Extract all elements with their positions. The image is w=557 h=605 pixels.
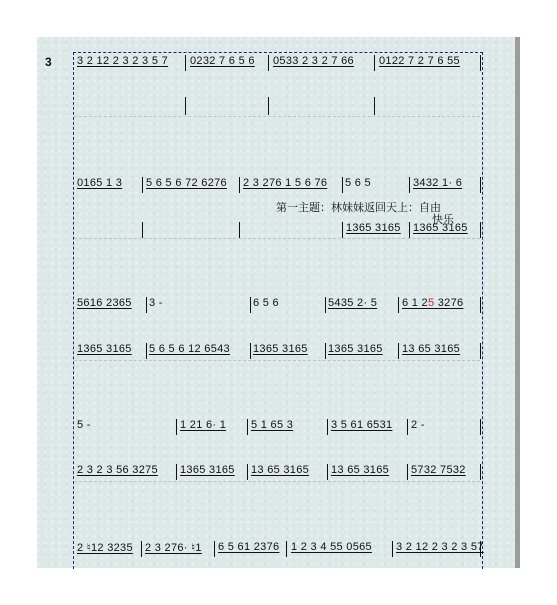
line-number: 3 — [45, 55, 52, 69]
measure: 1365 3165 — [180, 464, 235, 476]
measure: 5 6 5 6 72 6276 — [146, 177, 227, 189]
barline — [176, 464, 177, 480]
barline — [239, 177, 240, 193]
panel-shadow — [515, 37, 520, 568]
measure: 1 21 6· 1 — [180, 419, 226, 431]
measure: 6 1 25 3276 — [402, 297, 463, 309]
barline — [480, 343, 481, 359]
barline — [407, 419, 408, 435]
barline — [327, 419, 328, 435]
measure: 13 65 3165 — [331, 464, 389, 476]
barline — [325, 297, 326, 313]
system-3-melody: 5616 2365 3 - 6 5 6 5435 2· 5 6 1 25 327… — [75, 297, 480, 315]
barline — [141, 541, 142, 557]
barline — [480, 55, 481, 71]
measure: 0122 7 2 7 6 55 — [379, 55, 460, 67]
barline — [480, 177, 481, 193]
measure: 5 6 5 — [345, 177, 371, 189]
barline — [407, 464, 408, 480]
measure: 1 2 3 4 55 0565 — [291, 541, 372, 553]
measure: 1365 3165 — [328, 343, 383, 355]
barline — [250, 343, 251, 359]
measure: 0533 2 3 2 7 66 — [273, 55, 354, 67]
barline — [239, 222, 240, 238]
barline — [214, 541, 215, 557]
measure: 3 2 12 2 3 2 3 57 — [396, 541, 484, 553]
measure: 2 3 276 1 5 6 76 — [243, 177, 327, 189]
barline — [480, 464, 481, 480]
barline — [480, 541, 481, 557]
barline — [268, 97, 269, 115]
measure: 1365 3165 — [253, 343, 308, 355]
barline — [247, 419, 248, 435]
system-1-melody: 3 2 12 2 3 2 3 5 7 0232 7 6 5 6 0533 2 3… — [75, 55, 480, 73]
measure: 0232 7 6 5 6 — [190, 55, 255, 67]
barline — [268, 55, 269, 71]
system-4-melody: 5 - 1 21 6· 1 5 1 65 3 3 5 61 6531 2 - — [75, 419, 480, 437]
barline — [480, 419, 481, 435]
measure: 13 65 3165 — [251, 464, 309, 476]
barline — [325, 343, 326, 359]
system-5-melody: 2 ♮12 3235 2 3 276· ♮1 6 5 61 2376 1 2 3… — [75, 541, 480, 559]
barline — [185, 55, 186, 71]
barline — [176, 419, 177, 435]
measure: 1365 3165 — [77, 343, 132, 355]
barline — [250, 297, 251, 313]
measure: 3 5 61 6531 — [331, 419, 392, 431]
barline — [409, 177, 410, 193]
system-4-accompaniment: 2 3 2 3 56 3275 1365 3165 13 65 3165 13 … — [75, 464, 480, 482]
barline — [142, 177, 143, 193]
barline — [146, 343, 147, 359]
system-divider — [74, 116, 480, 117]
measure: 5 6 5 6 12 6543 — [149, 343, 230, 355]
system-2-melody: 0165 1 3 5 6 5 6 72 6276 2 3 276 1 5 6 7… — [75, 177, 480, 195]
measure: 2 - — [411, 419, 425, 431]
measure: 6 5 61 2376 — [218, 541, 279, 553]
barline — [398, 343, 399, 359]
measure: 5732 7532 — [411, 464, 466, 476]
barline — [480, 297, 481, 313]
measure: 5435 2· 5 — [328, 297, 377, 309]
measure: 13 65 3165 — [402, 343, 460, 355]
measure: 5 - — [77, 419, 91, 431]
barline — [146, 297, 147, 313]
measure: 5 1 65 3 — [251, 419, 293, 431]
measure: 5616 2365 — [77, 297, 132, 309]
barline — [374, 55, 375, 71]
system-divider — [74, 238, 480, 239]
highlighted-note: 5 — [428, 297, 434, 309]
barline — [392, 541, 393, 557]
system-divider — [74, 360, 480, 361]
barline — [247, 464, 248, 480]
measure: 3 - — [149, 297, 163, 309]
measure: 3 2 12 2 3 2 3 5 7 — [77, 55, 168, 67]
measure: 6 5 6 — [253, 297, 279, 309]
system-divider — [74, 481, 480, 482]
barline — [342, 177, 343, 193]
measure: 0165 1 3 — [77, 177, 122, 189]
barline — [374, 97, 375, 115]
measure: 2 ♮12 3235 — [77, 541, 133, 554]
measure: 2 3 276· ♮1 — [145, 541, 202, 554]
barline — [142, 222, 143, 238]
barline — [480, 222, 481, 238]
measure: 3432 1· 6 — [413, 177, 462, 189]
system-3-accompaniment: 1365 3165 5 6 5 6 12 6543 1365 3165 1365… — [75, 343, 480, 361]
barline — [342, 222, 343, 238]
barline — [409, 222, 410, 238]
barline — [398, 297, 399, 313]
measure: 2 3 2 3 56 3275 — [77, 464, 158, 476]
barline — [185, 97, 186, 115]
barline — [327, 464, 328, 480]
measure: 1365 3165 — [413, 222, 468, 234]
theme-annotation: 第一主题：林妹妹返回天上：自由 — [276, 199, 441, 215]
barline — [286, 541, 287, 557]
measure: 1365 3165 — [346, 222, 401, 234]
